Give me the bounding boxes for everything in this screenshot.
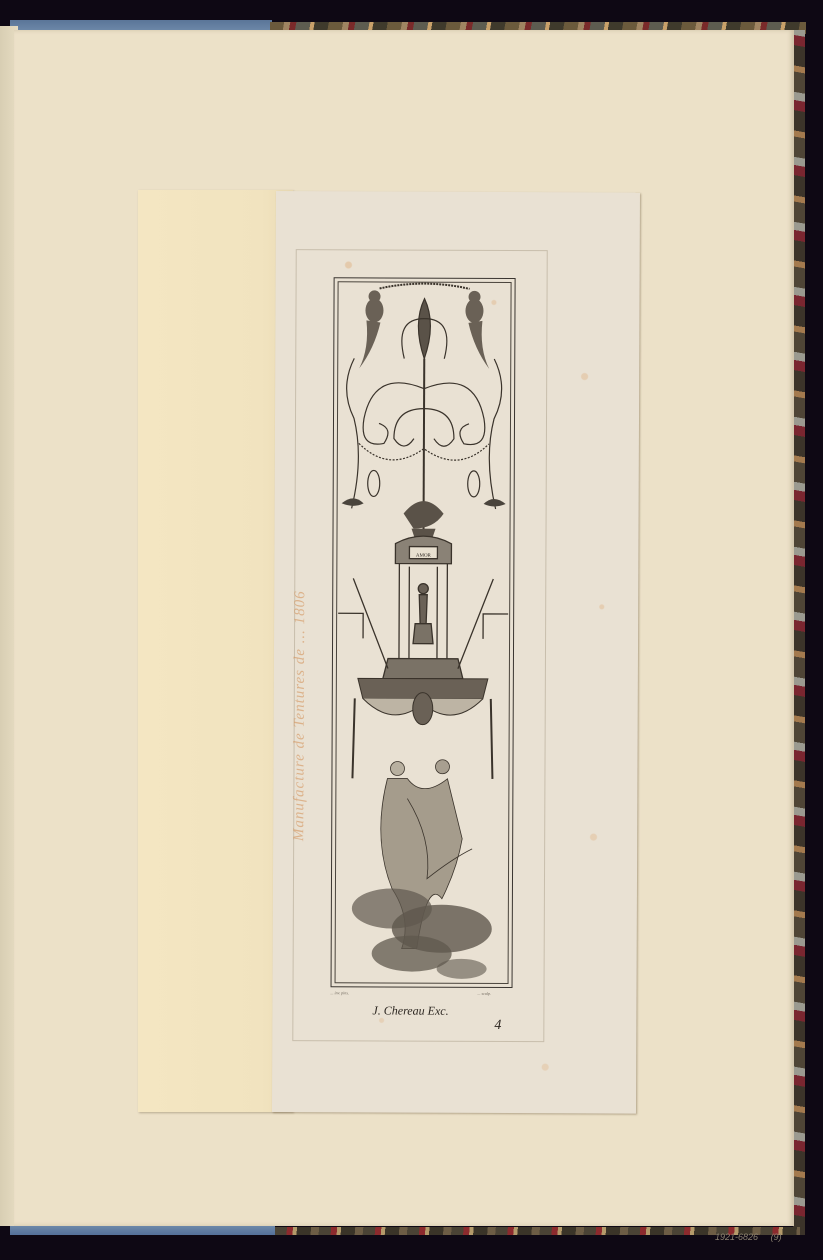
cover-spine-bottom xyxy=(10,1225,275,1235)
designer-credit: ... inv. pinx. xyxy=(330,990,349,995)
manuscript-annotation: Manufacture de Tentures de ... 1806 xyxy=(291,281,323,841)
accession-number: 1921-6826 (9) xyxy=(715,1232,782,1242)
ornamental-print: Manufacture de Tentures de ... 1806 xyxy=(272,191,640,1114)
album-book: 1921-6826 (9) Manufacture de Tentures de… xyxy=(0,18,806,1240)
accession-number-text: 1921-6826 xyxy=(715,1232,758,1242)
publisher-line: J. Chereau Exc. xyxy=(372,1003,448,1018)
svg-text:AMOR: AMOR xyxy=(416,554,432,559)
marbled-cover-right xyxy=(793,30,805,1235)
engraving-frame: AMOR xyxy=(331,277,516,988)
sheet-index: (9) xyxy=(771,1232,782,1242)
plate-number: 4 xyxy=(494,1018,501,1034)
engraver-credit: ... sculp. xyxy=(477,991,490,996)
arabesque-ornament-icon: AMOR xyxy=(332,278,515,987)
mount-flap xyxy=(138,190,293,1112)
